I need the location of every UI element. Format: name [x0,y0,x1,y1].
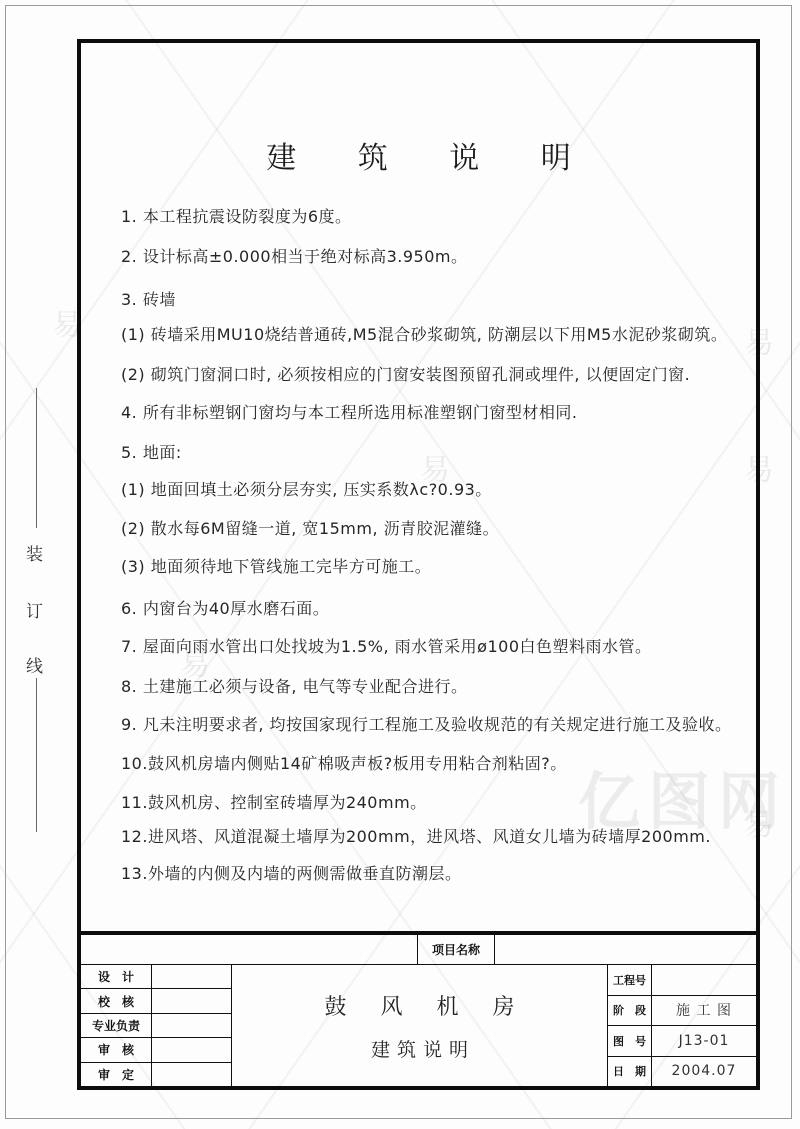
drawing-info-table: 工程号阶 段施 工 图图 号J13-01日 期2004.07 [607,965,756,1086]
info-row: 阶 段施 工 图 [608,996,756,1027]
note-line: (2) 散水每6M留缝一道, 宽15mm, 沥青胶泥灌缝。 [121,516,499,539]
signature-row: 校 核 [81,989,231,1013]
binding-line-char: 订 [26,597,43,622]
sheet-title: 建 筑 说 明 [81,133,756,177]
signature-row-value [152,965,231,988]
drawing-title-line2: 建筑说明 [364,1035,475,1062]
signature-row-label: 专业负责 [81,1014,152,1037]
note-line: 4. 所有非标塑钢门窗均与本工程所选用标准塑钢门窗型材相同. [121,400,577,423]
note-line: (3) 地面须待地下管线施工完毕方可施工。 [121,554,431,577]
note-line: 1. 本工程抗震设防裂度为6度。 [121,204,352,227]
binding-line-segment-top [36,388,37,528]
signature-row-value [152,1063,231,1086]
info-row-value [652,965,756,995]
note-line: (1) 砖墙采用MU10烧结普通砖,M5混合砂浆砌筑, 防潮层以下用M5水泥砂浆… [121,322,727,345]
info-row-value: 2004.07 [652,1057,756,1087]
signature-row-label: 校 核 [81,989,152,1012]
binding-line-char: 线 [26,652,43,677]
signature-row-value [152,989,231,1012]
note-line: 3. 砖墙 [121,287,176,310]
binding-line-segment-bottom [36,678,37,832]
info-row-label: 工程号 [608,965,652,995]
note-line: 11.鼓风机房、控制室砖墙厚为240mm。 [121,790,427,813]
note-line: 5. 地面: [121,440,182,463]
info-row-value: J13-01 [652,1026,756,1056]
signature-row: 设 计 [81,965,231,989]
project-name-label: 项目名称 [418,935,495,964]
project-name-value [495,935,756,964]
note-line: 6. 内窗台为40厚水磨石面。 [121,596,329,619]
info-row-label: 图 号 [608,1026,652,1056]
info-row-label: 日 期 [608,1057,652,1087]
note-line: 8. 土建施工必须与设备, 电气等专业配合进行。 [121,674,468,697]
note-line: 13.外墙的内侧及内墙的两侧需做垂直防潮层。 [121,861,461,884]
note-line: 12.进风塔、风道混凝土墙厚为200mm，进风塔、风道女儿墙为砖墙厚200mm. [121,824,711,847]
title-block-main: 设 计校 核专业负责审 核审 定 鼓风机房 建筑说明 工程号阶 段施 工 图图 … [81,965,756,1086]
signature-row: 审 定 [81,1063,231,1086]
signature-row-value [152,1038,231,1061]
signature-row-label: 审 定 [81,1063,152,1086]
title-block-top-row: 项目名称 [81,935,756,965]
note-line: 7. 屋面向雨水管出口处找坡为1.5%, 雨水管采用ø100白色塑料雨水管。 [121,634,652,657]
note-line: 10.鼓风机房墙内侧贴14矿棉吸声板?板用专用粘合剂粘固?。 [121,751,567,774]
info-row-label: 阶 段 [608,996,652,1026]
info-row: 图 号J13-01 [608,1026,756,1057]
note-line: 9. 凡未注明要求者, 均按国家现行工程施工及验收规范的有关规定进行施工及验收。 [121,712,732,735]
signature-row-value [152,1014,231,1037]
signature-row: 专业负责 [81,1014,231,1038]
note-line: 2. 设计标高±0.000相当于绝对标高3.950m。 [121,244,467,267]
drawing-frame: 建 筑 说 明 1. 本工程抗震设防裂度为6度。2. 设计标高±0.000相当于… [77,39,760,1090]
signature-row-label: 审 核 [81,1038,152,1061]
note-line: (1) 地面回填土必须分层夯实, 压实系数λc?0.93。 [121,477,492,500]
title-block: 项目名称 设 计校 核专业负责审 核审 定 鼓风机房 建筑说明 工程号阶 段施 … [81,931,756,1086]
binding-line-char: 装 [26,540,43,565]
note-line: (2) 砌筑门窗洞口时, 必须按相应的门窗安装图预留孔洞或埋件, 以便固定门窗. [121,362,690,385]
title-block-empty-cell [81,935,418,964]
info-row-value: 施 工 图 [652,996,756,1026]
info-row: 日 期2004.07 [608,1057,756,1087]
signature-row: 审 核 [81,1038,231,1062]
drawing-title-cell: 鼓风机房 建筑说明 [232,965,607,1086]
signature-table: 设 计校 核专业负责审 核审 定 [81,965,232,1086]
drawing-title-line1: 鼓风机房 [290,990,548,1021]
signature-row-label: 设 计 [81,965,152,988]
info-row: 工程号 [608,965,756,996]
